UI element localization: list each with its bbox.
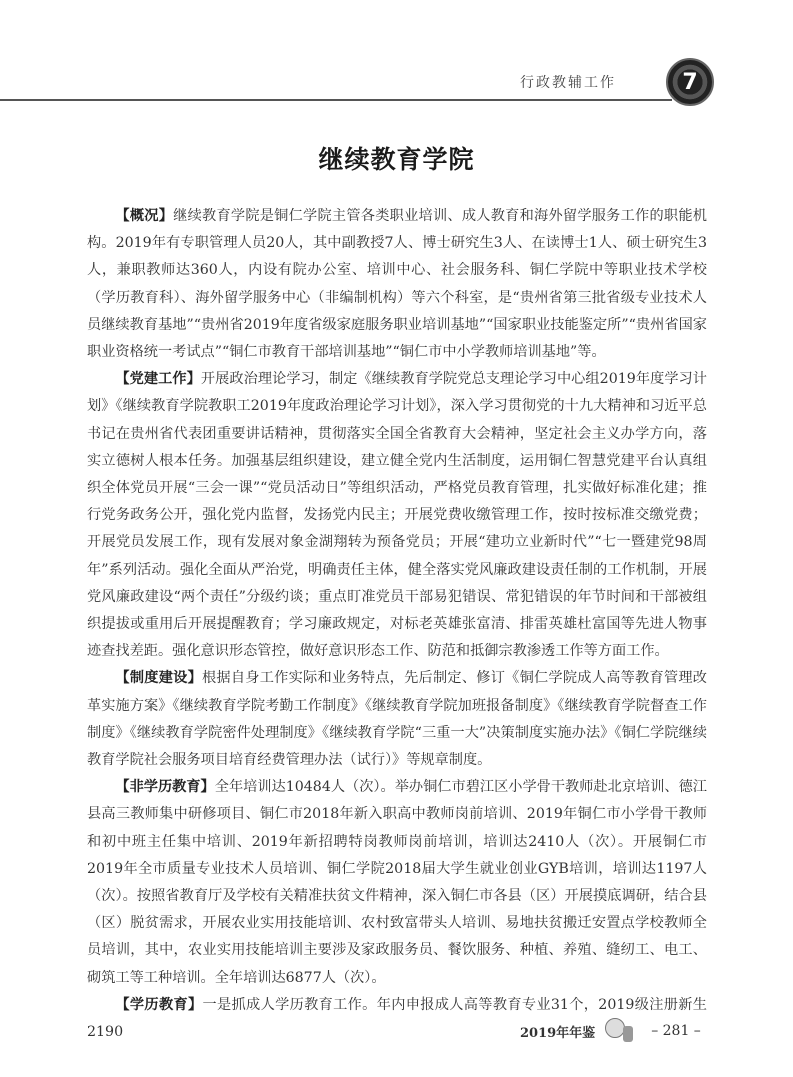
paragraph-text: 全年培训达10484人（次）。举办铜仁市碧江区小学骨干教师赴北京培训、德江县高三… bbox=[87, 779, 707, 985]
paragraph-heading: 【制度建设】 bbox=[115, 670, 202, 686]
page-number: – 281 – bbox=[651, 1023, 701, 1039]
paragraph-non-degree-education: 【非学历教育】全年培训达10484人（次）。举办铜仁市碧江区小学骨干教师赴北京培… bbox=[87, 774, 707, 992]
header-rule bbox=[0, 99, 672, 101]
page-title: 继续教育学院 bbox=[0, 140, 793, 176]
university-logo-icon: 7 bbox=[666, 58, 714, 106]
page-footer: 2019年年鉴 – 281 – bbox=[520, 1016, 720, 1046]
paragraph-text: 继续教育学院是铜仁学院主管各类职业培训、成人教育和海外留学服务工作的职能机构。2… bbox=[87, 208, 707, 360]
paragraph-party-building: 【党建工作】开展政治理论学习，制定《继续教育学院党总支理论学习中心组2019年度… bbox=[87, 366, 707, 665]
paragraph-heading: 【党建工作】 bbox=[115, 371, 200, 387]
mascot-icon bbox=[603, 1018, 639, 1044]
yearbook-label: 2019年年鉴 bbox=[520, 1022, 595, 1041]
paragraph-overview: 【概况】继续教育学院是铜仁学院主管各类职业培训、成人教育和海外留学服务工作的职能… bbox=[87, 203, 707, 366]
paragraph-system-building: 【制度建设】根据自身工作实际和业务特点，先后制定、修订《铜仁学院成人高等教育管理… bbox=[87, 665, 707, 774]
section-name: 行政教辅工作 bbox=[520, 72, 616, 92]
paragraph-heading: 【学历教育】 bbox=[115, 997, 202, 1013]
article-body: 【概况】继续教育学院是铜仁学院主管各类职业培训、成人教育和海外留学服务工作的职能… bbox=[87, 203, 707, 1046]
paragraph-heading: 【非学历教育】 bbox=[115, 779, 214, 795]
paragraph-heading: 【概况】 bbox=[115, 208, 173, 224]
paragraph-text: 开展政治理论学习，制定《继续教育学院党总支理论学习中心组2019年度学习计划》《… bbox=[87, 371, 707, 659]
running-header: 行政教辅工作 7 bbox=[0, 52, 793, 112]
logo-glyph: 7 bbox=[682, 70, 697, 95]
